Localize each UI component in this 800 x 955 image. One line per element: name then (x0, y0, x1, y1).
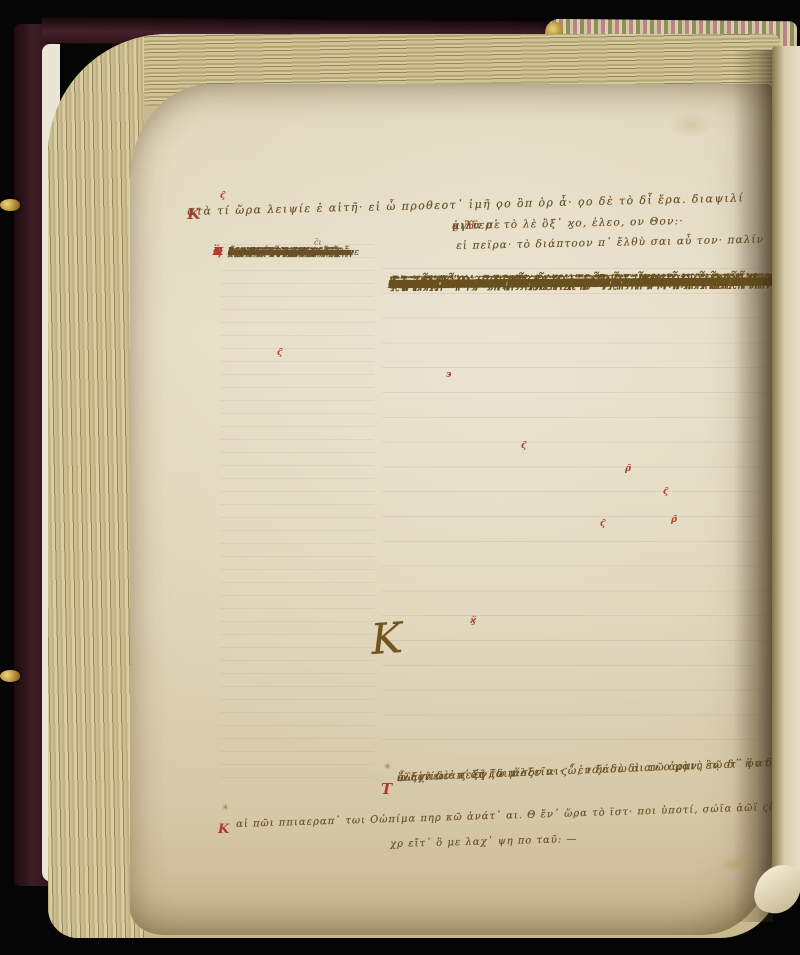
large-initial-letter: Κ (369, 613, 404, 664)
clasp-pin-icon (0, 199, 20, 211)
gold-flourish-icon: ✳ (384, 762, 391, 771)
rubric-mark: ϛ̑ (663, 487, 668, 497)
rubric-initial: Κ (218, 822, 229, 837)
rubric-mark: ϗ̈ (470, 616, 476, 626)
rubric-mark: ρ̑ (671, 515, 677, 525)
facing-page-edge (772, 46, 800, 888)
margin-line-text: Θεμιῶν: — (228, 246, 282, 259)
rubric-initial: Ϊ (213, 245, 219, 258)
ruling-lines-main (382, 268, 774, 750)
rubric-mark: ϛ̑ (277, 348, 282, 358)
rubric-mark: ϛ̑ (521, 441, 526, 451)
gutter-shadow (733, 50, 773, 922)
margin-caption-mark: ϲ̄ι (314, 238, 322, 247)
clasp-pin-icon (0, 670, 20, 682)
rubric-mark: ϛ̑ (220, 191, 225, 201)
manuscript-photo: Κατὰ τί ὥρα λειψίε ἐ αἰτῆ· εἰ ὦ προθεοτ᾽… (0, 0, 800, 955)
rubric-mark: ϶ (446, 370, 451, 380)
rubric-mark: ϛ̑ (600, 519, 605, 529)
header-line-2-post: ἁγία πε (452, 219, 501, 232)
ruling-lines-margin (220, 244, 374, 788)
rubric-initial: Τ (381, 780, 392, 798)
rubric-mark: ρ̑ (625, 464, 631, 474)
page-stain (668, 112, 714, 138)
gold-flourish-icon: ✳ (222, 803, 229, 812)
